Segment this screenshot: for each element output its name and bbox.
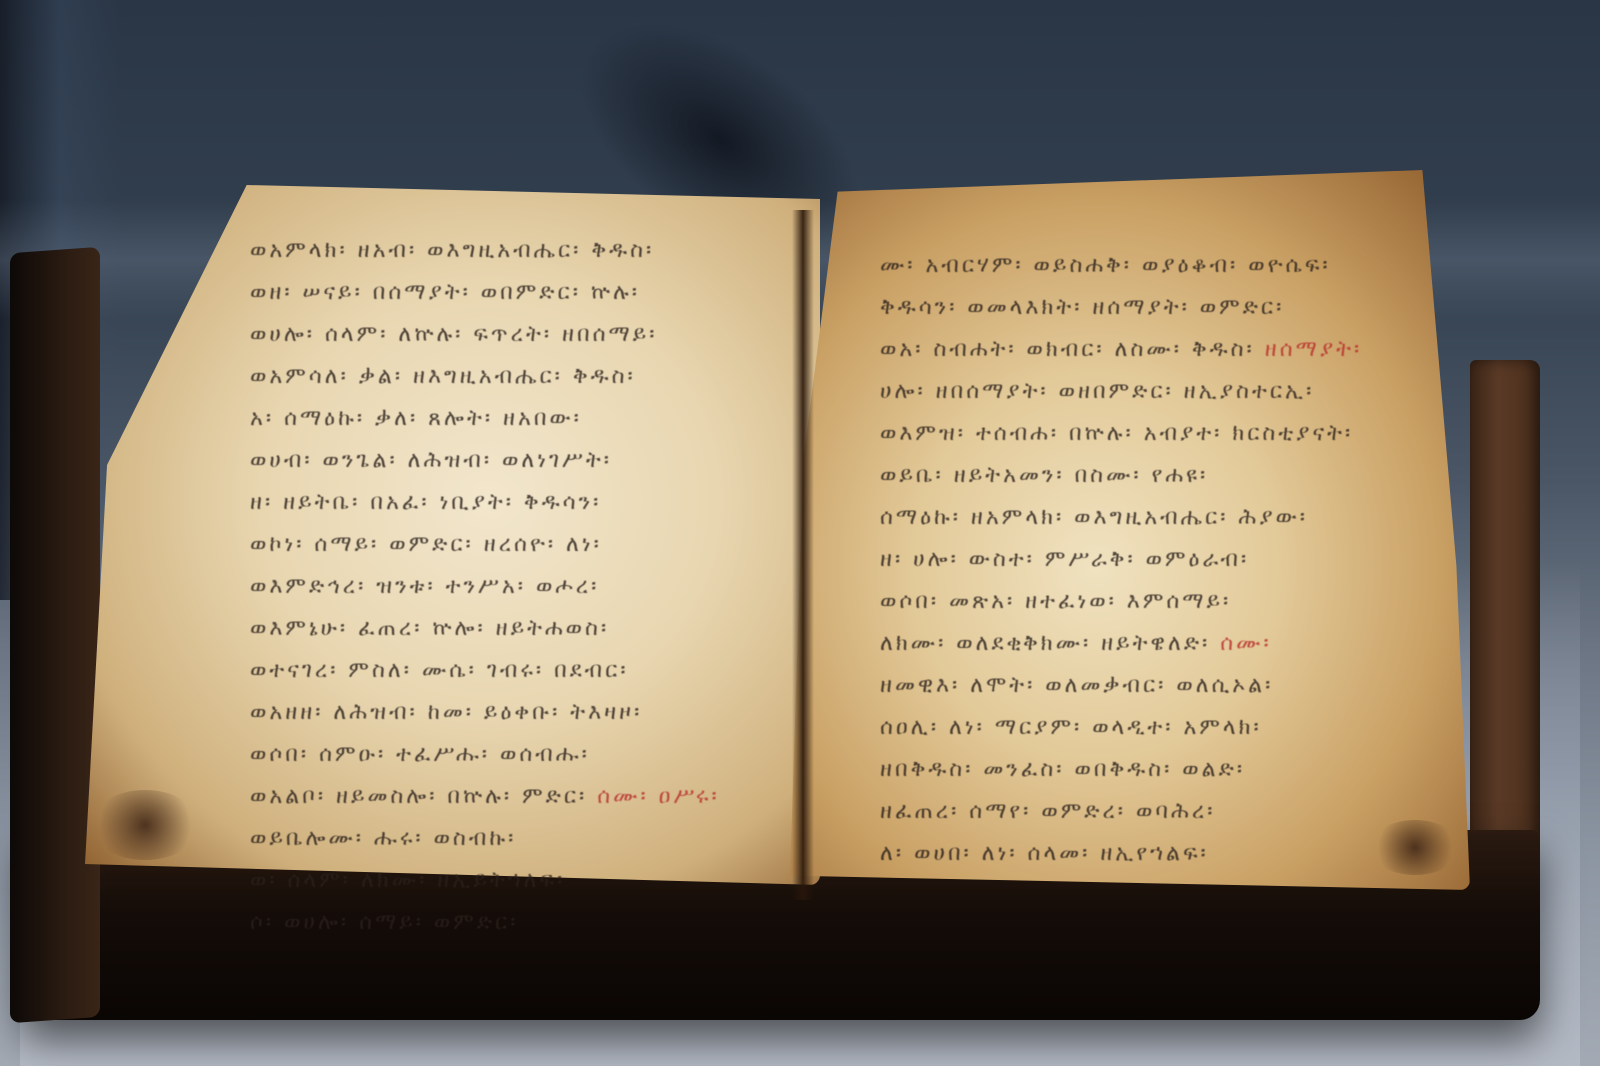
- script-line: ዘ፡ ዘይትቤ፡ በአፈ፡ ነቢያት፡ ቅዱሳን፡: [250, 482, 790, 524]
- script-line: ዘፈጠረ፡ ሰማየ፡ ወምድረ፡ ወባሕረ፡: [880, 791, 1420, 833]
- script-line-with-rubric: ወአልቦ፡ ዘይመስሎ፡ በኵሉ፡ ምድር፡ ሰሙ፡ ዐሥሩ፡: [250, 776, 790, 818]
- script-line: ወ፡ ሰላም፡ ለክሙ፡ ዘኢይትኀለፍ፡: [250, 860, 790, 902]
- script-line: ወእምዝ፡ ተሰብሐ፡ በኵሉ፡ አብያተ፡ ክርስቲያናት፡: [880, 413, 1420, 455]
- script-line: ወአምላክ፡ ዘአብ፡ ወእግዚአብሔር፡ ቅዱስ፡: [250, 230, 790, 272]
- right-page-text: ሙ፡ አብርሃም፡ ወይስሐቅ፡ ወያዕቆብ፡ ወዮሴፍ፡ ቅዱሳን፡ ወመላእ…: [880, 245, 1420, 875]
- script-line: ሰዐሊ፡ ለነ፡ ማርያም፡ ወላዲተ፡ አምላክ፡: [880, 707, 1420, 749]
- script-line: ቅዱሳን፡ ወመላእክት፡ ዘሰማያት፡ ወምድር፡: [880, 287, 1420, 329]
- script-line: ወአዘዘ፡ ለሕዝብ፡ ከመ፡ ይዕቀቡ፡ ትእዛዞ፡: [250, 692, 790, 734]
- script-line: ወይቤ፡ ዘይትአመን፡ በስሙ፡ የሐዩ፡: [880, 455, 1420, 497]
- front-cover-leather: [10, 247, 100, 1023]
- stain-left-corner: [90, 790, 200, 860]
- script-line: ወሶበ፡ መጽአ፡ ዘተፈነወ፡ እምሰማይ፡: [880, 581, 1420, 623]
- script-line: ወሀሎ፡ ሰላም፡ ለኵሉ፡ ፍጥረት፡ ዘበሰማይ፡: [250, 314, 790, 356]
- rubric-red-text: ሰሙ፡: [1220, 631, 1271, 656]
- script-line: ወይቤሎሙ፡ ሑሩ፡ ወስብኩ፡: [250, 818, 790, 860]
- script-line: ሀሎ፡ ዘበሰማያት፡ ወዘበምድር፡ ዘኢያስተርኢ፡: [880, 371, 1420, 413]
- script-line: ወሶበ፡ ሰምዑ፡ ተፈሥሑ፡ ወሰብሑ፡: [250, 734, 790, 776]
- script-line: ሙ፡ አብርሃም፡ ወይስሐቅ፡ ወያዕቆብ፡ ወዮሴፍ፡: [880, 245, 1420, 287]
- script-line: ወአምሳለ፡ ቃል፡ ዘእግዚአብሔር፡ ቅዱስ፡: [250, 356, 790, 398]
- script-line: ዘ፡ ሀሎ፡ ውስተ፡ ምሥራቅ፡ ወምዕራብ፡: [880, 539, 1420, 581]
- script-line-with-rubric: ለክሙ፡ ወለደቂቅክሙ፡ ዘይትዌለድ፡ ሰሙ፡: [880, 623, 1420, 665]
- rubric-red-text: ሰሙ፡ ዐሥሩ፡: [597, 784, 719, 809]
- book-gutter: [792, 210, 814, 900]
- script-line: ወኮነ፡ ሰማይ፡ ወምድር፡ ዘረሰዮ፡ ለነ፡: [250, 524, 790, 566]
- script-line: ሰማዕኩ፡ ዘአምላክ፡ ወእግዚአብሔር፡ ሕያው፡: [880, 497, 1420, 539]
- script-line: ወእምኔሁ፡ ፈጠረ፡ ኵሎ፡ ዘይትሐወስ፡: [250, 608, 790, 650]
- rubric-red-text: ዘሰማያት፡: [1265, 337, 1362, 362]
- script-line: ለ፡ ወሀበ፡ ለነ፡ ሰላመ፡ ዘኢየኀልፍ፡: [880, 833, 1420, 875]
- script-line: ወሀብ፡ ወንጌል፡ ለሕዝብ፡ ወለነገሥት፡: [250, 440, 790, 482]
- script-line: ዘበቅዱስ፡ መንፈስ፡ ወበቅዱስ፡ ወልድ፡: [880, 749, 1420, 791]
- script-line-with-rubric: ወአ፡ ስብሐት፡ ወክብር፡ ለስሙ፡ ቅዱስ፡ ዘሰማያት፡: [880, 329, 1420, 371]
- script-line: ወእምድኅረ፡ ዝንቱ፡ ተንሥአ፡ ወሖረ፡: [250, 566, 790, 608]
- script-line: ሶ፡ ወሀሎ፡ ሰማይ፡ ወምድር፡: [250, 902, 790, 944]
- script-line: አ፡ ሰማዕኩ፡ ቃለ፡ ጸሎት፡ ዘአበው፡: [250, 398, 790, 440]
- left-page-text: ወአምላክ፡ ዘአብ፡ ወእግዚአብሔር፡ ቅዱስ፡ ወዘ፡ ሠናይ፡ በሰማያ…: [250, 230, 790, 944]
- script-line: ዘመዊእ፡ ለሞት፡ ወለመቃብር፡ ወለሲኦል፡: [880, 665, 1420, 707]
- script-line: ወዘ፡ ሠናይ፡ በሰማያት፡ ወበምድር፡ ኵሉ፡: [250, 272, 790, 314]
- script-line: ወተናገረ፡ ምስለ፡ ሙሴ፡ ገብሩ፡ በደብር፡: [250, 650, 790, 692]
